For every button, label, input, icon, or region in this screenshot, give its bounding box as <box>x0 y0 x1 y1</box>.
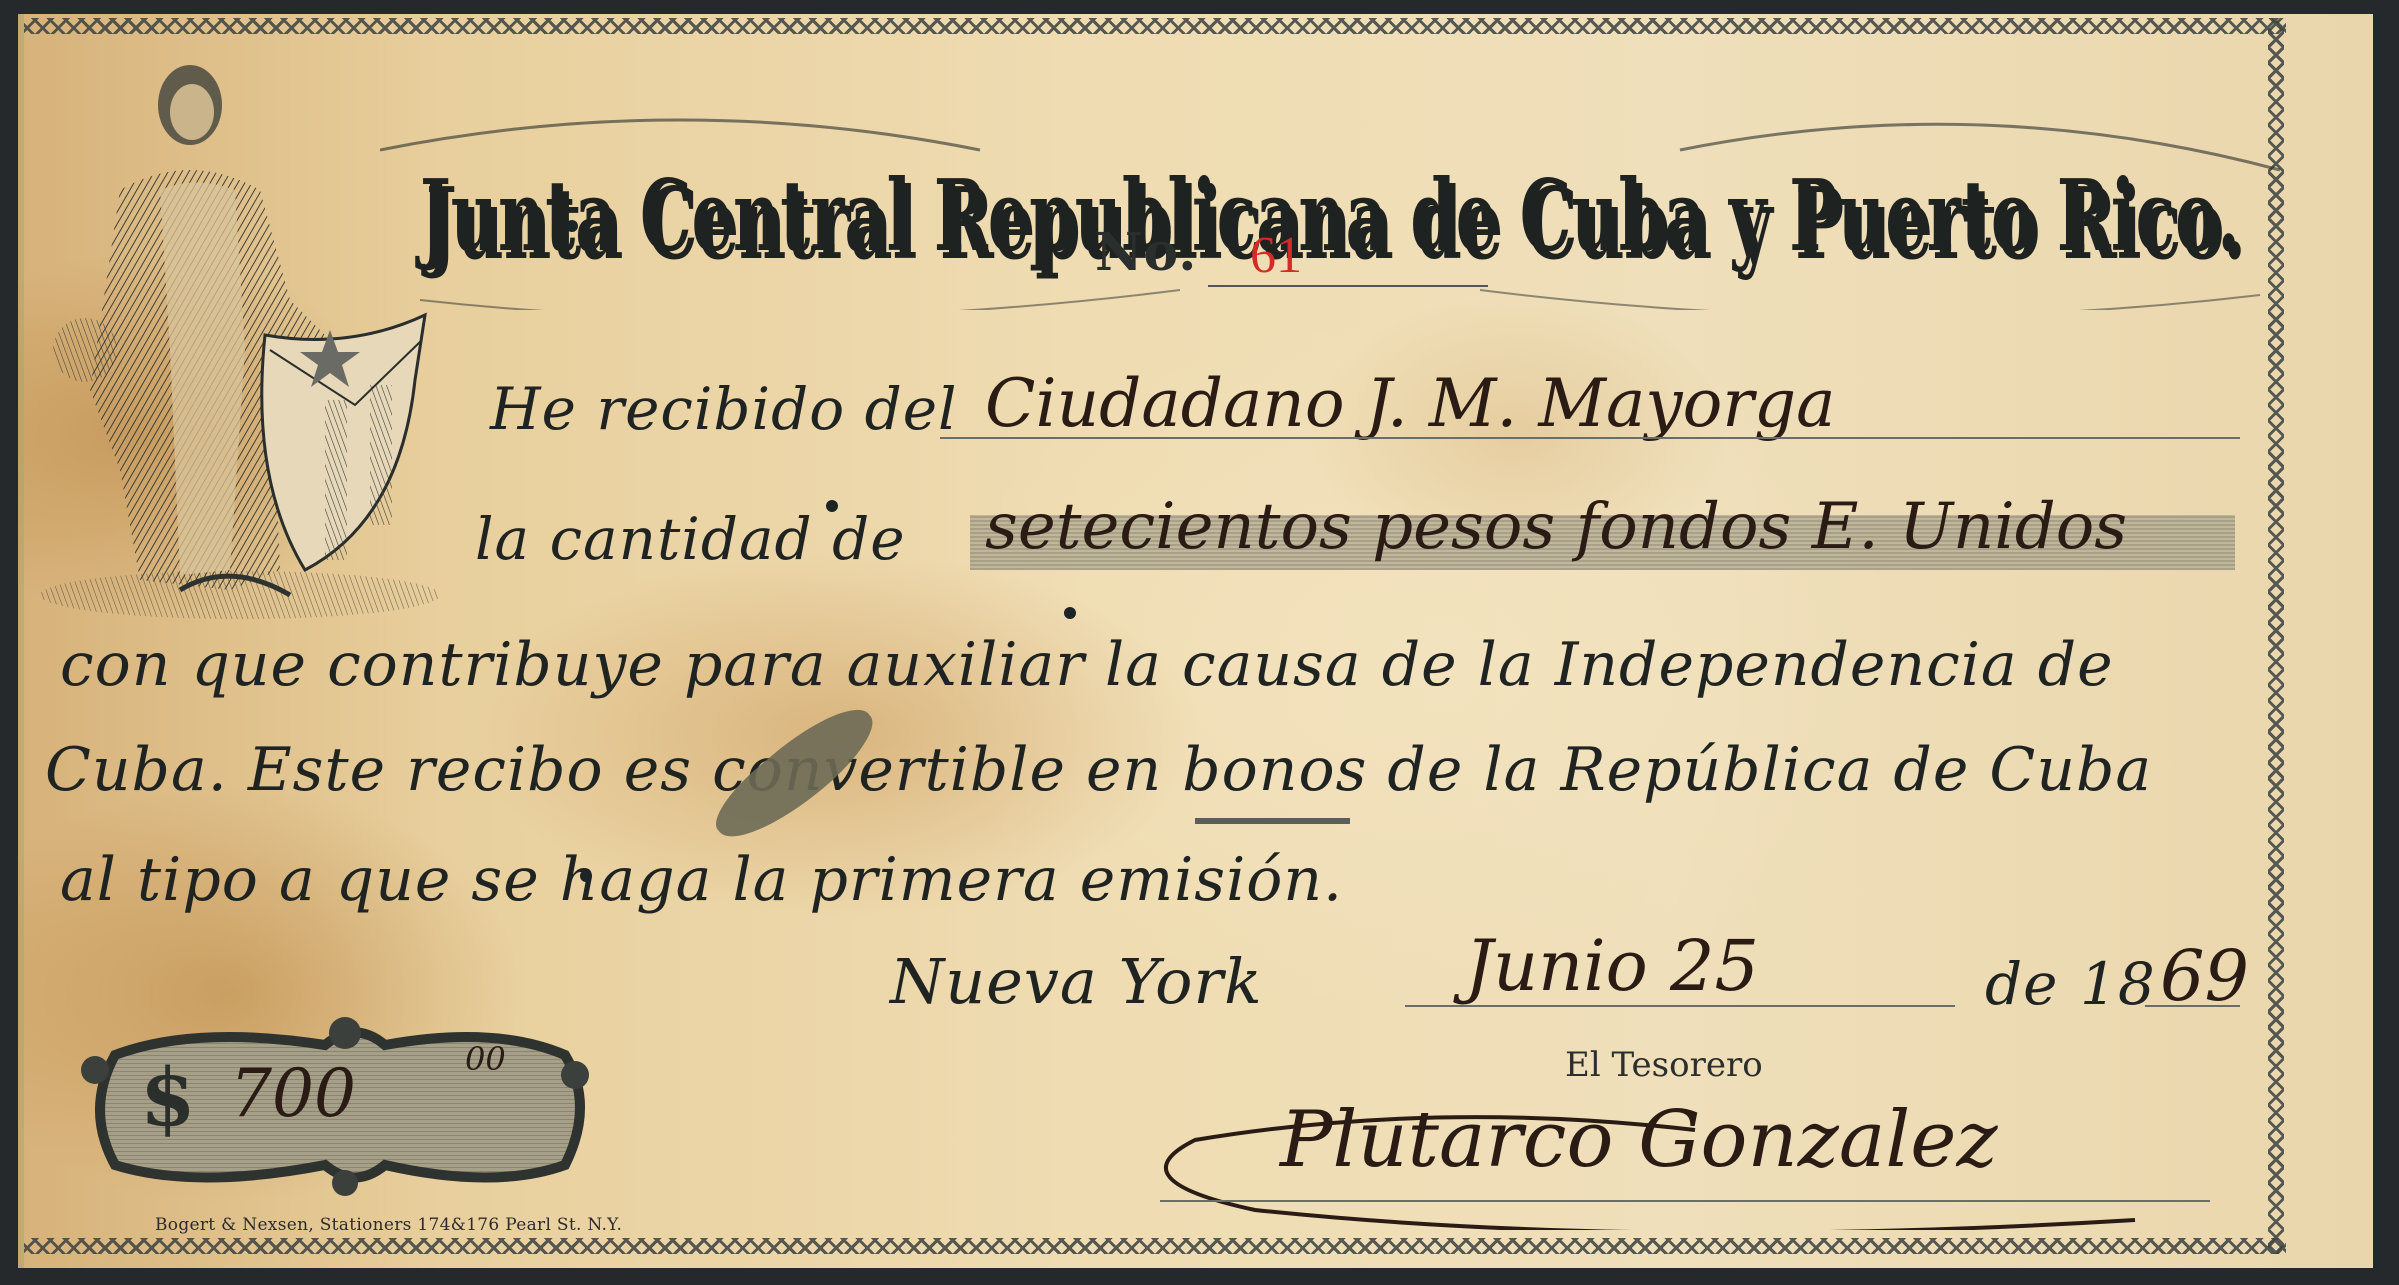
issuer-title-text: Junta Central Republicana de Cuba y Puer… <box>415 159 2240 274</box>
place-label: Nueva York <box>890 945 1263 1018</box>
border-top <box>24 18 2286 34</box>
amount-words-label: la cantidad de <box>475 505 906 573</box>
signature-rule <box>1160 1200 2210 1202</box>
amount-cents: 00 <box>465 1040 506 1078</box>
received-from-label: He recibido del <box>490 375 958 443</box>
issuer-title: Junta Central Republicana de Cuba y Puer… <box>380 110 2280 310</box>
payer-rule <box>940 437 2240 439</box>
amount-in-words: setecientos pesos fondos E. Unidos <box>985 490 2127 564</box>
treasurer-signature: Plutarco Gonzalez <box>1280 1095 1998 1185</box>
body-line-4: Cuba. Este recibo es convertible en bono… <box>45 735 2152 805</box>
dollar-sign: $ <box>140 1050 196 1144</box>
body-line-3: con que contribuye para auxiliar la caus… <box>60 630 2114 700</box>
border-bottom <box>24 1238 2286 1254</box>
left-edge <box>18 14 24 1268</box>
punch-hole <box>826 500 838 512</box>
body-line-5: al tipo a que se haga la primera emisión… <box>60 845 1343 915</box>
punch-hole <box>1064 607 1076 619</box>
date-de: de <box>1985 950 2058 1018</box>
year-rule <box>2145 1005 2240 1007</box>
number-label: No. <box>1095 222 1197 283</box>
stub-edge <box>2373 14 2380 1268</box>
punch-hole <box>566 220 578 232</box>
star-shield-icon <box>262 315 425 570</box>
date-handwritten: Junio 25 <box>1465 925 1759 1007</box>
number-rule <box>1208 285 1488 287</box>
year-prefix: 18 <box>2080 950 2156 1018</box>
printer-imprint: Bogert & Nexsen, Stationers 174&176 Pear… <box>155 1215 622 1235</box>
serial-number: 61 <box>1250 226 1302 285</box>
amount-figure: 700 <box>230 1055 356 1132</box>
date-rule <box>1405 1005 1955 1007</box>
payer-name: Ciudadano J. M. Mayorga <box>985 365 1835 442</box>
bonos-underline <box>1195 818 1350 824</box>
punch-hole <box>580 870 592 882</box>
